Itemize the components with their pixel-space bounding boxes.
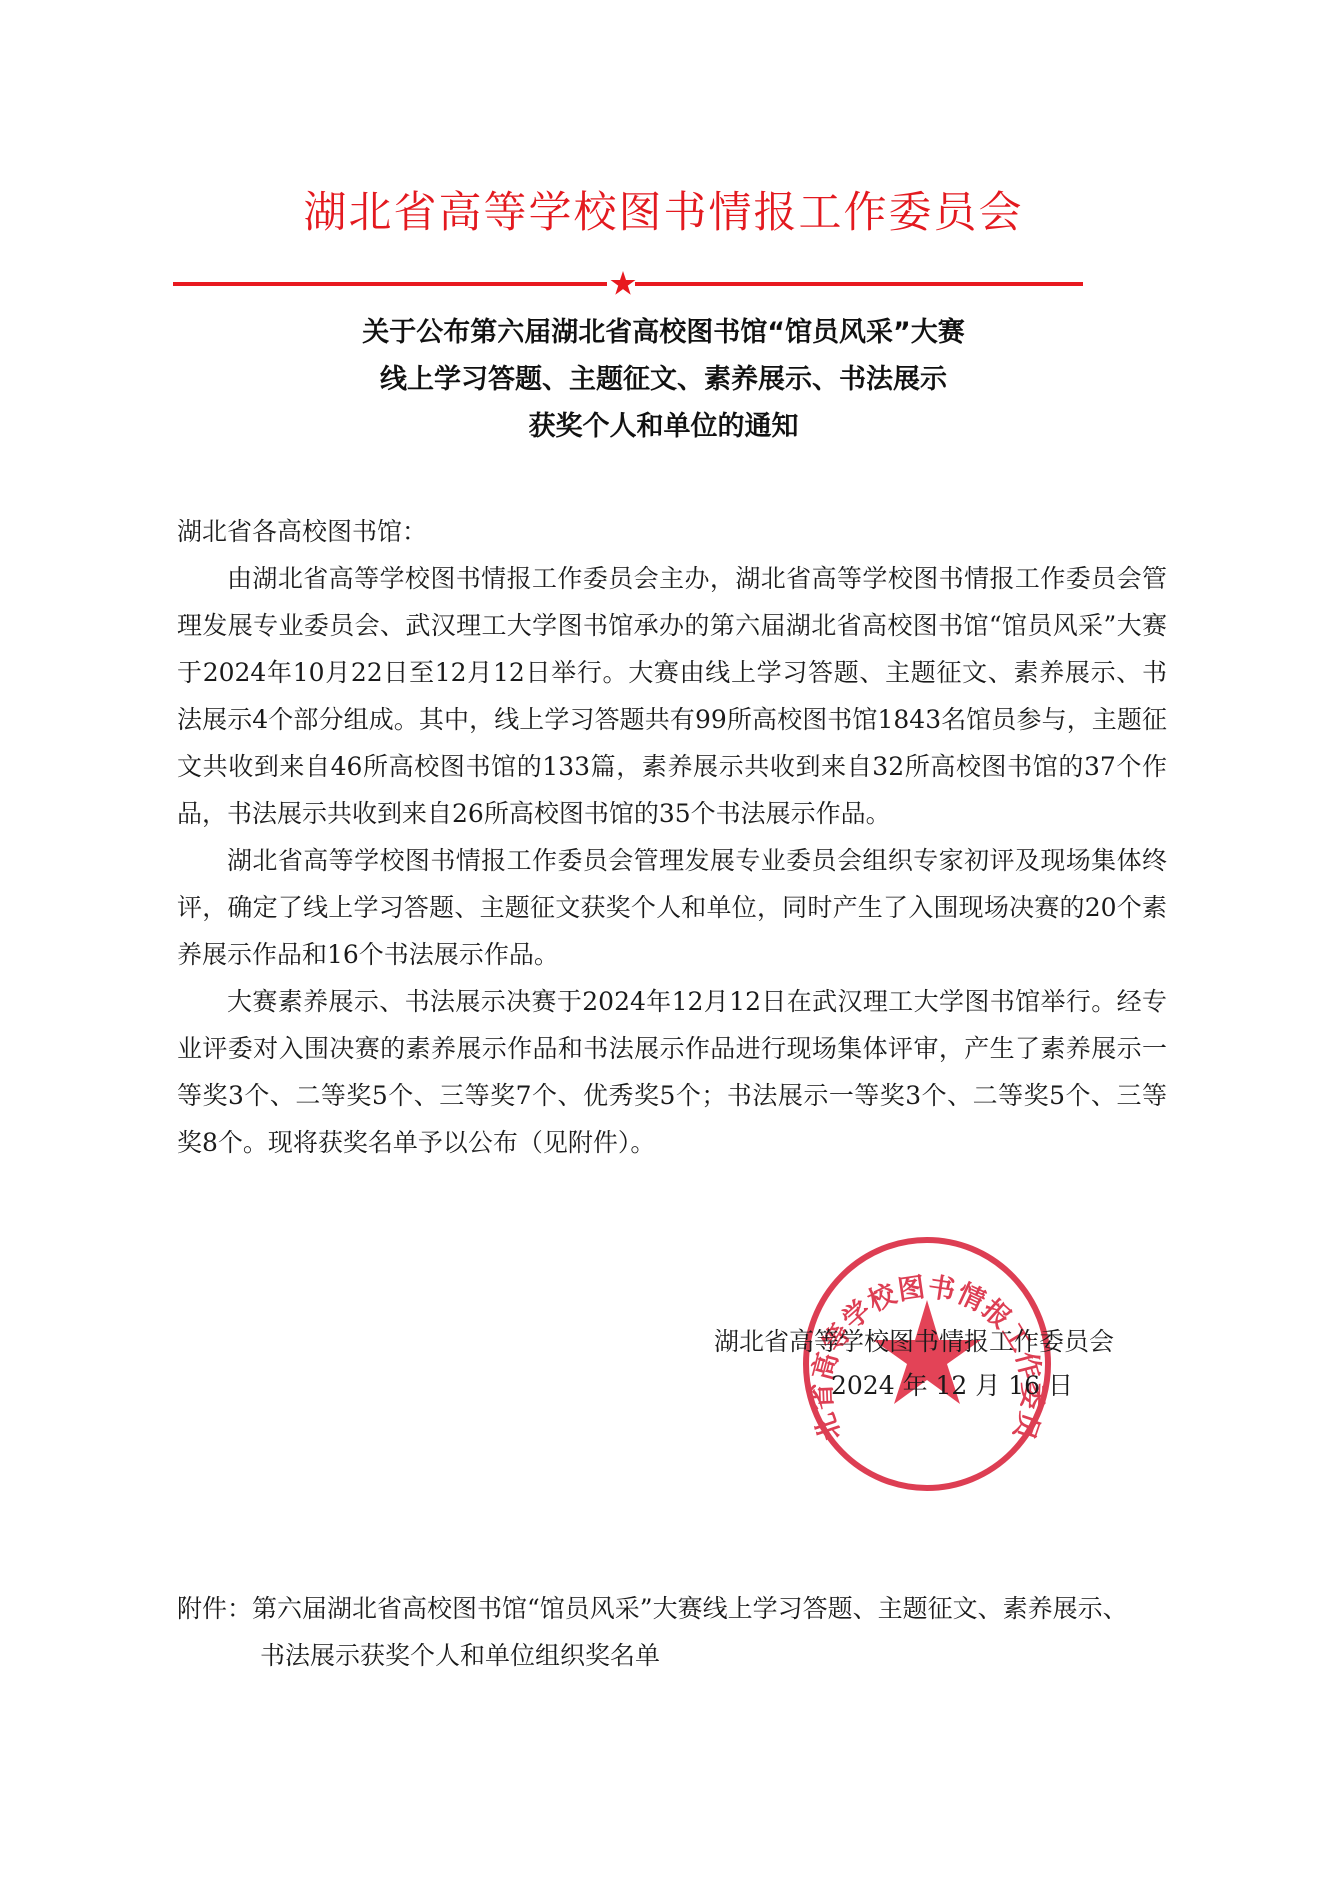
red-star-icon bbox=[610, 270, 636, 296]
signature-block: 湖北省高等学校图书情报工作委员会 2024 年 12 月 16 日 bbox=[714, 1320, 1144, 1408]
divider-rule-right bbox=[635, 282, 1083, 286]
letterhead-organization: 湖北省高等学校图书情报工作委员会 bbox=[0, 186, 1327, 240]
attachment-note: 附件：第六届湖北省高校图书馆“馆员风采”大赛线上学习答题、主题征文、素养展示、 … bbox=[177, 1585, 1167, 1679]
signature-organization: 湖北省高等学校图书情报工作委员会 bbox=[714, 1320, 1144, 1364]
notice-title-line: 线上学习答题、主题征文、素养展示、书法展示 bbox=[0, 356, 1327, 403]
paragraph: 由湖北省高等学校图书情报工作委员会主办，湖北省高等学校图书情报工作委员会管理发展… bbox=[177, 555, 1167, 837]
notice-title-line: 获奖个人和单位的通知 bbox=[0, 403, 1327, 450]
notice-body: 湖北省各高校图书馆： 由湖北省高等学校图书情报工作委员会主办，湖北省高等学校图书… bbox=[177, 508, 1167, 1166]
divider-rule-left bbox=[173, 282, 607, 286]
letterhead-divider bbox=[173, 273, 1083, 295]
attachment-title-line2: 书法展示获奖个人和单位组织奖名单 bbox=[177, 1632, 1167, 1679]
attachment-title-line1: 第六届湖北省高校图书馆“馆员风采”大赛线上学习答题、主题征文、素养展示、 bbox=[252, 1594, 1128, 1623]
notice-title-line: 关于公布第六届湖北省高校图书馆“馆员风采”大赛 bbox=[0, 309, 1327, 356]
greeting: 湖北省各高校图书馆： bbox=[177, 508, 1167, 555]
attachment-label: 附件： bbox=[177, 1594, 252, 1623]
paragraph: 大赛素养展示、书法展示决赛于2024年12月12日在武汉理工大学图书馆举行。经专… bbox=[177, 978, 1167, 1166]
paragraph: 湖北省高等学校图书情报工作委员会管理发展专业委员会组织专家初评及现场集体终评，确… bbox=[177, 837, 1167, 978]
notice-title: 关于公布第六届湖北省高校图书馆“馆员风采”大赛 线上学习答题、主题征文、素养展示… bbox=[0, 309, 1327, 450]
signature-date: 2024 年 12 月 16 日 bbox=[714, 1364, 1144, 1408]
